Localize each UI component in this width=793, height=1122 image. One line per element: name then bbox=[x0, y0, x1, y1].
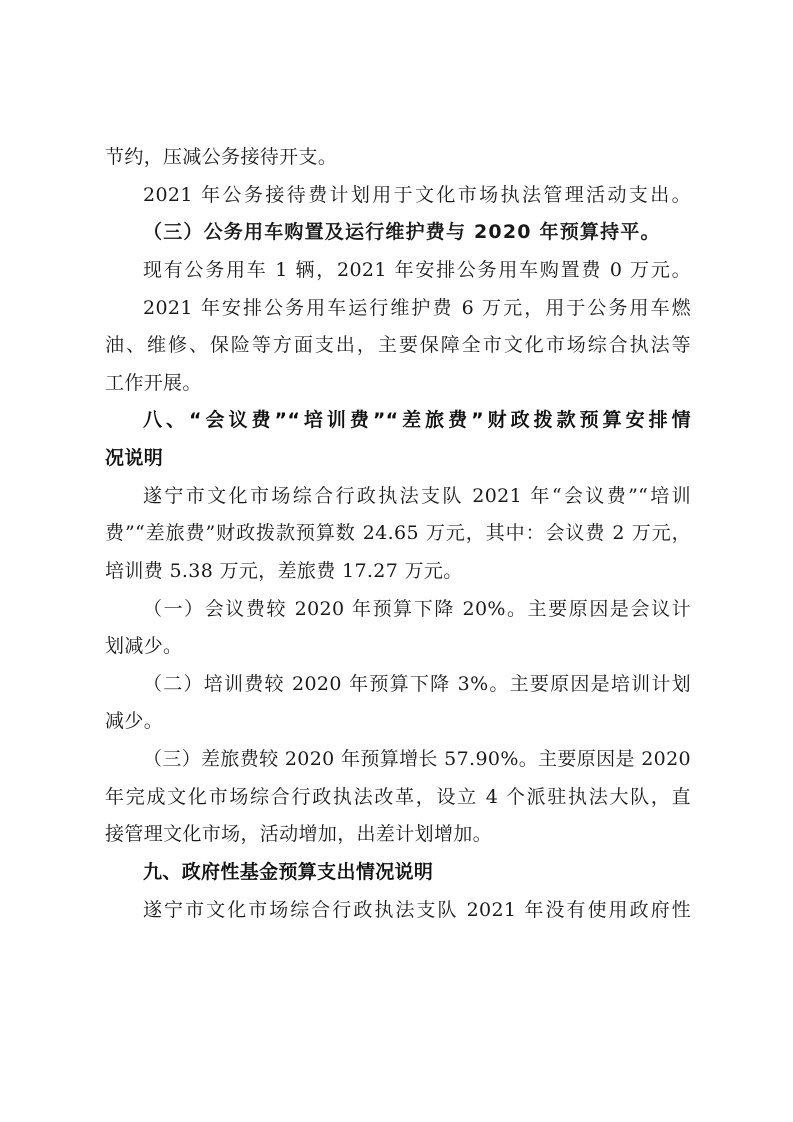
paragraph-line: 节约，压减公务接待开支。 bbox=[105, 144, 691, 170]
section-heading: 九、政府性基金预算支出情况说明 bbox=[143, 859, 691, 885]
paragraph-line: 现有公务用车 1 辆，2021 年安排公务用车购置费 0 万元。 bbox=[143, 257, 691, 283]
paragraph-line: 划减少。 bbox=[105, 633, 691, 659]
paragraph-line: 2021 年安排公务用车运行维护费 6 万元，用于公务用车燃 bbox=[143, 295, 691, 321]
paragraph-line: 减少。 bbox=[105, 708, 691, 734]
paragraph-line: （二）培训费较 2020 年预算下降 3%。主要原因是培训计划 bbox=[143, 671, 691, 697]
paragraph-line: 油、维修、保险等方面支出，主要保障全市文化市场综合执法等 bbox=[105, 332, 691, 358]
paragraph-line: 遂宁市文化市场综合行政执法支队 2021 年没有使用政府性 bbox=[143, 897, 691, 923]
paragraph-line: （三）差旅费较 2020 年预算增长 57.90%。主要原因是 2020 bbox=[143, 746, 691, 772]
paragraph-line: 遂宁市文化市场综合行政执法支队 2021 年“会议费”“培训 bbox=[143, 483, 691, 509]
paragraph-line: 费”“差旅费”财政拨款预算数 24.65 万元，其中：会议费 2 万元， bbox=[105, 520, 691, 546]
subsection-heading: （三）公务用车购置及运行维护费与 2020 年预算持平。 bbox=[143, 219, 683, 245]
section-heading: 八、“会议费”“培训费”“差旅费”财政拨款预算安排情 bbox=[143, 407, 691, 433]
paragraph-line: 接管理文化市场，活动增加，出差计划增加。 bbox=[105, 821, 691, 847]
paragraph-line: 培训费 5.38 万元，差旅费 17.27 万元。 bbox=[105, 558, 691, 584]
paragraph-line: 2021 年公务接待费计划用于文化市场执法管理活动支出。 bbox=[143, 182, 691, 208]
paragraph-line: 工作开展。 bbox=[105, 370, 691, 396]
paragraph-line: 年完成文化市场综合行政执法改革，设立 4 个派驻执法大队，直 bbox=[105, 784, 691, 810]
document-page: 节约，压减公务接待开支。 2021 年公务接待费计划用于文化市场执法管理活动支出… bbox=[0, 0, 793, 1122]
section-heading: 况说明 bbox=[105, 445, 691, 471]
paragraph-line: （一）会议费较 2020 年预算下降 20%。主要原因是会议计 bbox=[143, 596, 691, 622]
